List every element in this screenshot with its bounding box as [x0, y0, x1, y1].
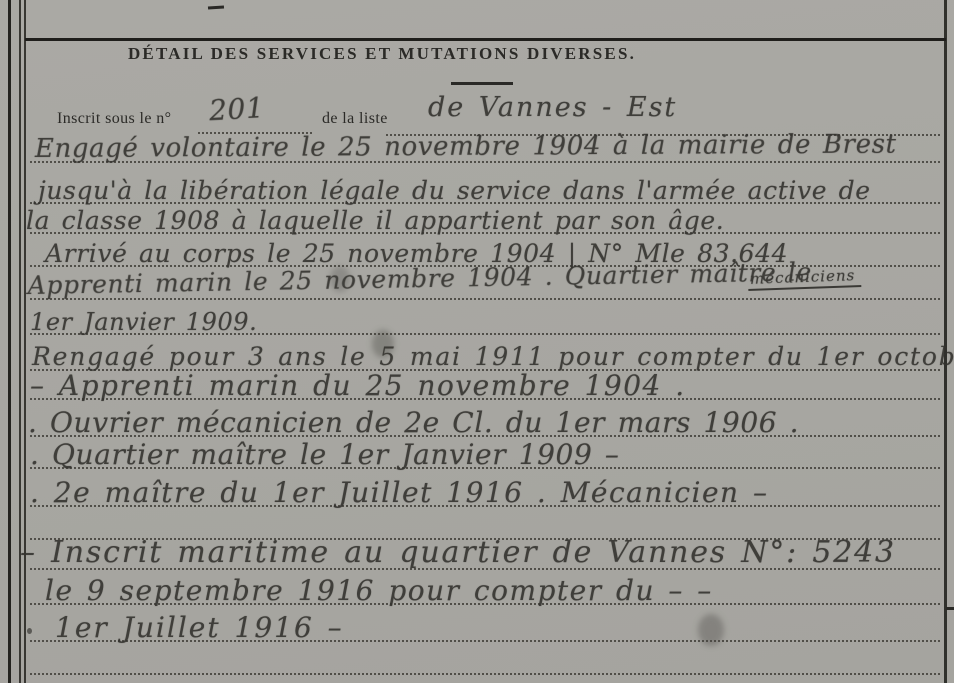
entry-engagement-cont-2: la classe 1908 à laquelle il appartient …	[26, 206, 724, 235]
left-double-rule-a	[19, 0, 21, 683]
inscription-number-value: 201	[208, 91, 265, 127]
entry-grade-2e-maitre: . 2e maître du 1er Juillet 1916 . Mécani…	[30, 476, 768, 509]
stray-pen-mark-top	[208, 5, 224, 9]
entry-inscription-maritime: – Inscrit maritime au quartier de Vannes…	[20, 535, 896, 570]
inscription-liste-value: de Vannes - Est	[428, 92, 677, 123]
entry-rengagement: Rengagé pour 3 ans le 5 mai 1911 pour co…	[32, 342, 954, 371]
stray-pen-mark-right	[946, 607, 954, 610]
left-double-rule-b	[24, 0, 26, 683]
entry-engagement: Engagé volontaire le 25 novembre 1904 à …	[35, 129, 897, 164]
top-rule	[25, 38, 946, 41]
ruled-line	[30, 673, 940, 675]
ruled-line	[30, 298, 940, 300]
entry-grade-ouvrier: . Ouvrier mécanicien de 2e Cl. du 1er ma…	[28, 406, 799, 439]
entry-inscription-maritime-cont: le 9 septembre 1916 pour compter du – –	[45, 574, 713, 607]
ink-smudge	[698, 614, 724, 646]
ink-smudge	[372, 330, 394, 358]
marginal-note-mecaniciens: mécaniciens	[748, 266, 862, 291]
title-divider-dash	[451, 82, 513, 85]
ink-speck	[27, 628, 32, 634]
scanned-register-page: DÉTAIL DES SERVICES ET MUTATIONS DIVERSE…	[0, 0, 954, 683]
page-title: DÉTAIL DES SERVICES ET MUTATIONS DIVERSE…	[0, 44, 764, 64]
ink-smudge	[330, 266, 350, 292]
entry-grade-quartier-maitre: . Quartier maître le 1er Janvier 1909 –	[30, 438, 619, 471]
inscription-middle-label: de la liste	[322, 110, 388, 128]
inscription-prefix-label: Inscrit sous le n°	[57, 110, 171, 128]
entry-engagement-cont-1: jusqu'à la libération légale du service …	[38, 176, 871, 205]
entry-inscription-maritime-date: 1er Juillet 1916 –	[55, 611, 344, 644]
entry-date-quartier-maitre: 1er Janvier 1909.	[30, 308, 257, 336]
entry-grade-apprenti: – Apprenti marin du 25 novembre 1904 .	[30, 369, 686, 402]
left-outer-rule	[8, 0, 11, 683]
